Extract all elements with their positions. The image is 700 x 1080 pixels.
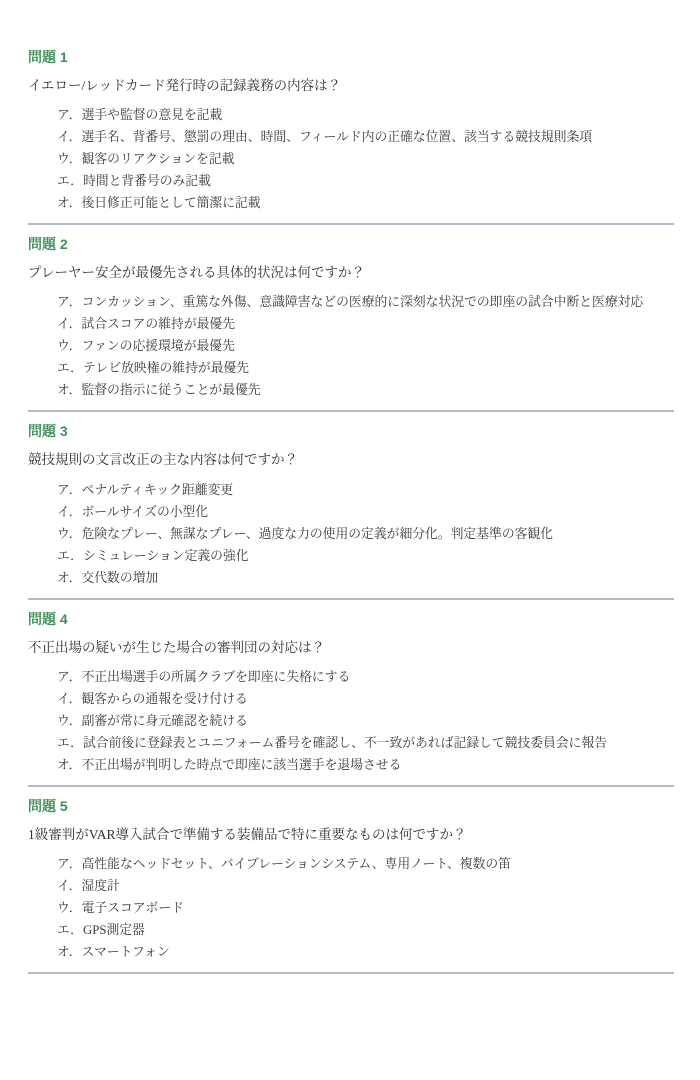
option-e: エ．シミュレーション定義の強化 bbox=[57, 549, 676, 563]
question-label: 問題 4 bbox=[28, 612, 676, 626]
option-u: ウ．ファンの応援環境が最優先 bbox=[57, 339, 676, 353]
option-e: エ．テレビ放映権の維持が最優先 bbox=[57, 361, 676, 375]
question-text: 1級審判がVAR導入試合で準備する装備品で特に重要なものは何ですか？ bbox=[28, 826, 676, 844]
option-u: ウ．観客のリアクションを記載 bbox=[57, 152, 676, 166]
options-list: ア．不正出場選手の所属クラブを即座に失格にする イ．観客からの通報を受け付ける … bbox=[28, 670, 676, 772]
option-a: ア．高性能なヘッドセット、バイブレーションシステム、専用ノート、複数の笛 bbox=[57, 857, 676, 871]
option-i: イ．観客からの通報を受け付ける bbox=[57, 692, 676, 706]
option-u: ウ．危険なプレー、無謀なプレー、過度な力の使用の定義が細分化。判定基準の客観化 bbox=[57, 527, 676, 541]
options-list: ア．高性能なヘッドセット、バイブレーションシステム、専用ノート、複数の笛 イ．湿… bbox=[28, 857, 676, 959]
option-e: エ．GPS測定器 bbox=[57, 923, 676, 937]
option-u: ウ．副審が常に身元確認を続ける bbox=[57, 714, 676, 728]
question-block-4: 問題 4 不正出場の疑いが生じた場合の審判団の対応は？ ア．不正出場選手の所属ク… bbox=[28, 612, 676, 787]
question-divider bbox=[28, 598, 674, 600]
question-label: 問題 5 bbox=[28, 799, 676, 813]
question-text: イエロー/レッドカード発行時の記録義務の内容は？ bbox=[28, 77, 676, 95]
question-divider bbox=[28, 410, 674, 412]
option-o: オ．スマートフォン bbox=[57, 945, 676, 959]
question-block-3: 問題 3 競技規則の文言改正の主な内容は何ですか？ ア．ペナルティキック距離変更… bbox=[28, 424, 676, 599]
option-u: ウ．電子スコアボード bbox=[57, 901, 676, 915]
question-block-5: 問題 5 1級審判がVAR導入試合で準備する装備品で特に重要なものは何ですか？ … bbox=[28, 799, 676, 974]
option-o: オ．交代数の増加 bbox=[57, 571, 676, 585]
option-i: イ．試合スコアの維持が最優先 bbox=[57, 317, 676, 331]
option-a: ア．コンカッション、重篤な外傷、意識障害などの医療的に深刻な状況での即座の試合中… bbox=[57, 295, 676, 309]
option-e: エ．時間と背番号のみ記載 bbox=[57, 174, 676, 188]
option-o: オ．不正出場が判明した時点で即座に該当選手を退場させる bbox=[57, 758, 676, 772]
question-divider bbox=[28, 785, 674, 787]
option-i: イ．湿度計 bbox=[57, 879, 676, 893]
option-i: イ．選手名、背番号、懲罰の理由、時間、フィールド内の正確な位置、該当する競技規則… bbox=[57, 130, 676, 144]
options-list: ア．コンカッション、重篤な外傷、意識障害などの医療的に深刻な状況での即座の試合中… bbox=[28, 295, 676, 397]
question-label: 問題 2 bbox=[28, 237, 676, 251]
option-a: ア．ペナルティキック距離変更 bbox=[57, 483, 676, 497]
question-text: 不正出場の疑いが生じた場合の審判団の対応は？ bbox=[28, 639, 676, 657]
question-divider bbox=[28, 972, 674, 974]
option-a: ア．不正出場選手の所属クラブを即座に失格にする bbox=[57, 670, 676, 684]
question-text: プレーヤー安全が最優先される具体的状況は何ですか？ bbox=[28, 264, 676, 282]
options-list: ア．ペナルティキック距離変更 イ．ボールサイズの小型化 ウ．危険なプレー、無謀な… bbox=[28, 483, 676, 585]
option-o: オ．監督の指示に従うことが最優先 bbox=[57, 383, 676, 397]
option-o: オ．後日修正可能として簡潔に記載 bbox=[57, 196, 676, 210]
question-block-2: 問題 2 プレーヤー安全が最優先される具体的状況は何ですか？ ア．コンカッション… bbox=[28, 237, 676, 412]
question-label: 問題 1 bbox=[28, 50, 676, 64]
options-list: ア．選手や監督の意見を記載 イ．選手名、背番号、懲罰の理由、時間、フィールド内の… bbox=[28, 108, 676, 210]
question-text: 競技規則の文言改正の主な内容は何ですか？ bbox=[28, 451, 676, 469]
question-block-1: 問題 1 イエロー/レッドカード発行時の記録義務の内容は？ ア．選手や監督の意見… bbox=[28, 50, 676, 225]
quiz-document-page: 問題 1 イエロー/レッドカード発行時の記録義務の内容は？ ア．選手や監督の意見… bbox=[0, 0, 700, 1080]
option-i: イ．ボールサイズの小型化 bbox=[57, 505, 676, 519]
question-divider bbox=[28, 223, 674, 225]
question-label: 問題 3 bbox=[28, 424, 676, 438]
option-a: ア．選手や監督の意見を記載 bbox=[57, 108, 676, 122]
option-e: エ．試合前後に登録表とユニフォーム番号を確認し、不一致があれば記録して競技委員会… bbox=[57, 736, 676, 750]
